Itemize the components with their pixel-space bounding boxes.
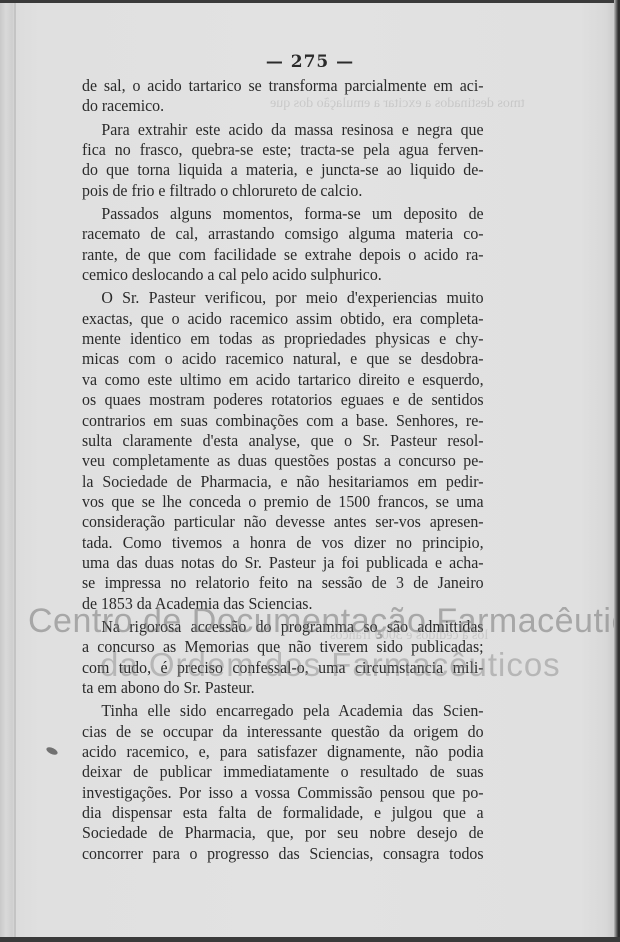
page-right-edge bbox=[614, 0, 620, 942]
binding-fold bbox=[14, 0, 16, 942]
text-line: racemato de cal, arrastando comsigo algu… bbox=[82, 224, 484, 244]
text-line: rante, de que com facilidade se extrahe … bbox=[82, 245, 484, 265]
text-line: acido racemico, e, para satisfazer digna… bbox=[82, 742, 484, 762]
text-line: sulta claramente d'esta analyse, que o S… bbox=[82, 431, 484, 451]
text-line: va como este ultimo em acido tartarico d… bbox=[82, 370, 484, 390]
text-line: uma das duas notas do Sr. Pasteur ja foi… bbox=[82, 553, 484, 573]
text-line: do racemico. bbox=[82, 96, 484, 116]
body-text: de sal, o acido tartarico se transforma … bbox=[82, 76, 484, 864]
paragraph-start: Para extrahir este acido da massa resino… bbox=[82, 120, 484, 140]
page-number: — 275 — bbox=[0, 52, 620, 72]
text-line: pois de frio e filtrado o chlorureto de … bbox=[82, 181, 484, 201]
text-line: dia dispensar esta falta de formalidade,… bbox=[82, 803, 484, 823]
text-line: exactas, que o acido racemico assim obti… bbox=[82, 309, 484, 329]
text-line: com tudo, é preciso confessal-o, uma cir… bbox=[82, 658, 484, 678]
text-line: cias de se occupar da interessante quest… bbox=[82, 722, 484, 742]
text-line: contrarios em suas combinações com a bas… bbox=[82, 411, 484, 431]
text-line: cemico deslocando a cal pelo acido sulph… bbox=[82, 265, 484, 285]
text-line: do que torna liquida a materia, e juncta… bbox=[82, 160, 484, 180]
page-bottom-edge bbox=[0, 937, 620, 942]
text-line: os quaes mostram poderes rotatorios egua… bbox=[82, 390, 484, 410]
text-line: deixar de publicar immediatamente o resu… bbox=[82, 762, 484, 782]
text-line: a concurso as Memorias que não tiverem s… bbox=[82, 637, 484, 657]
paragraph-start: Na rigorosa accessão do programma so são… bbox=[82, 617, 484, 637]
text-line: Sociedade de Pharmacia, que, por seu nob… bbox=[82, 823, 484, 843]
text-line: tada. Como tivemos a honra de vos dizer … bbox=[82, 533, 484, 553]
scanned-page: tmos destinados a excitar a emulação dos… bbox=[0, 0, 620, 942]
text-line: investigações. Por isso a vossa Commissã… bbox=[82, 783, 484, 803]
paragraph-start: O Sr. Pasteur verificou, por meio d'expe… bbox=[82, 288, 484, 308]
text-line: de sal, o acido tartarico se transforma … bbox=[82, 76, 484, 96]
text-line: vos que se lhe conceda o premio de 1500 … bbox=[82, 492, 484, 512]
text-line: consideração particular não devesse ante… bbox=[82, 512, 484, 532]
text-line: la Sociedade de Pharmacia, e não hesitar… bbox=[82, 472, 484, 492]
paragraph-start: Passados alguns momentos, forma-se um de… bbox=[82, 204, 484, 224]
text-line: de 1853 da Academia das Sciencias. bbox=[82, 594, 484, 614]
paragraph-start: Tinha elle sido encarregado pela Academi… bbox=[82, 701, 484, 721]
ink-smudge bbox=[45, 746, 58, 757]
text-line: veu completamente as duas questões posta… bbox=[82, 451, 484, 471]
text-line: fica no frasco, quebra-se este; tracta-s… bbox=[82, 140, 484, 160]
text-line: concorrer para o progresso das Sciencias… bbox=[82, 844, 484, 864]
text-line: micas com o acido racemico natural, e qu… bbox=[82, 349, 484, 369]
page-top-edge bbox=[0, 0, 620, 3]
text-line: mente identico em todas as propriedades … bbox=[82, 329, 484, 349]
text-line: ta em abono do Sr. Pasteur. bbox=[82, 678, 484, 698]
text-line: se impressa no relatorio feito na sessão… bbox=[82, 573, 484, 593]
